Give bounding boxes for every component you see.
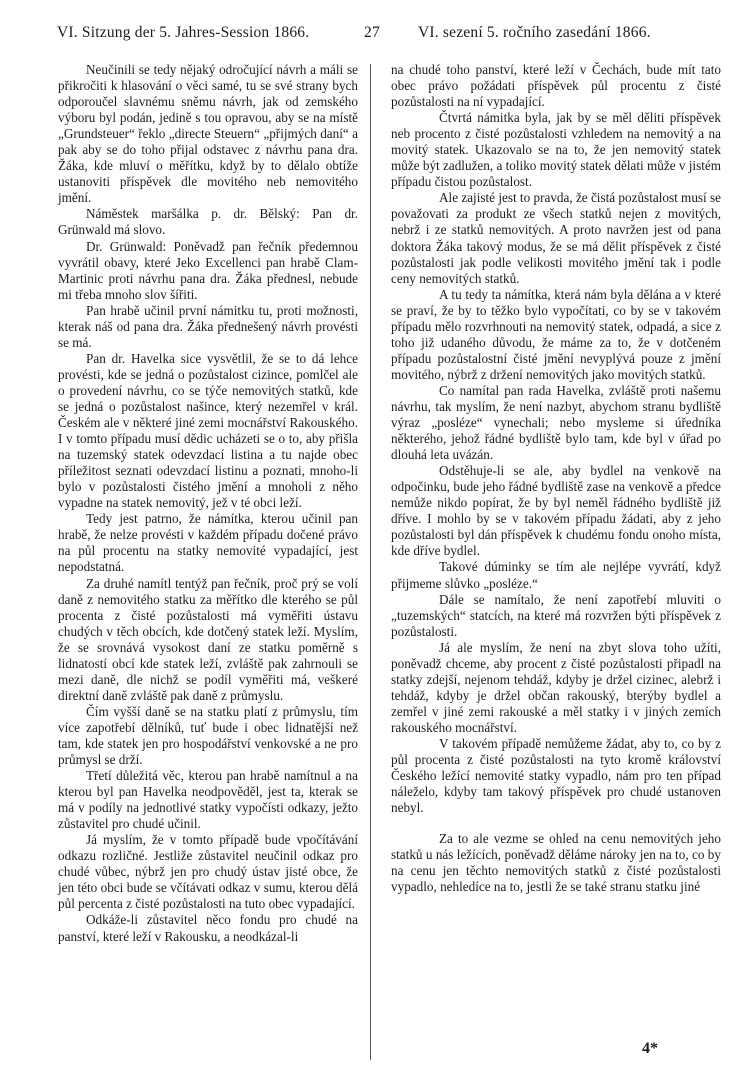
- paragraph: Čím vyšší daně se na statku platí z prům…: [58, 704, 358, 768]
- right-column: na chudé toho panství, které leží v Čech…: [391, 62, 721, 895]
- header-german-title: VI. Sitzung der 5. Jahres-Session 1866.: [57, 24, 309, 42]
- paragraph: Ale zajisté jest to pravda, že čistá poz…: [391, 190, 721, 286]
- signature-mark: 4*: [642, 1040, 658, 1058]
- paragraph: Pan dr. Havelka sice vysvětlil, že se to…: [58, 351, 358, 511]
- page-number: 27: [364, 24, 380, 42]
- paragraph: Neučinili se tedy nějaký odročující návr…: [58, 62, 358, 206]
- speaker-paragraph: Dr. Grünwald: Poněvadž pan řečník předem…: [58, 239, 358, 303]
- paragraph: Třetí důležitá věc, kterou pan hrabě nam…: [58, 768, 358, 832]
- paragraph: Čtvrtá námitka byla, jak by se měl dělit…: [391, 110, 721, 190]
- column-divider: [370, 64, 371, 1060]
- left-column: Neučinili se tedy nějaký odročující návr…: [58, 62, 358, 945]
- paragraph: A tu tedy ta námítka, která nám byla děl…: [391, 287, 721, 383]
- paragraph: Co namítal pan rada Havelka, zvláště pro…: [391, 383, 721, 463]
- paragraph: Já myslím, že v tomto případě bude vpočí…: [58, 832, 358, 912]
- paragraph: Dále se namítalo, že není zapotřebí mluv…: [391, 592, 721, 640]
- paragraph: Odstěhuje-li se ale, aby bydlel na venko…: [391, 463, 721, 559]
- paragraph: Takové dúminky se tím ale nejlépe vyvrát…: [391, 559, 721, 591]
- paragraph: Za to ale vezme se ohled na cenu nemovit…: [391, 831, 721, 895]
- paragraph: Pan hrabě učinil první námitku tu, proti…: [58, 303, 358, 351]
- paragraph: Odkáže-li zůstavitel něco fondu pro chud…: [58, 912, 358, 944]
- paragraph: Za druhé namítl tentýž pan řečník, proč …: [58, 576, 358, 704]
- paragraph: Já ale myslím, že není na zbyt slova toh…: [391, 640, 721, 736]
- paragraph: Tedy jest patrno, že námítka, kterou uči…: [58, 511, 358, 575]
- paragraph: na chudé toho panství, které leží v Čech…: [391, 62, 721, 110]
- paragraph: V takovém případě nemůžeme žádat, aby to…: [391, 736, 721, 816]
- speaker-paragraph: Náměstek maršálka p. dr. Bělský: Pan dr.…: [58, 206, 358, 238]
- header-czech-title: VI. sezení 5. ročního zasedání 1866.: [418, 24, 651, 42]
- page-header: VI. Sitzung der 5. Jahres-Session 1866. …: [0, 18, 750, 44]
